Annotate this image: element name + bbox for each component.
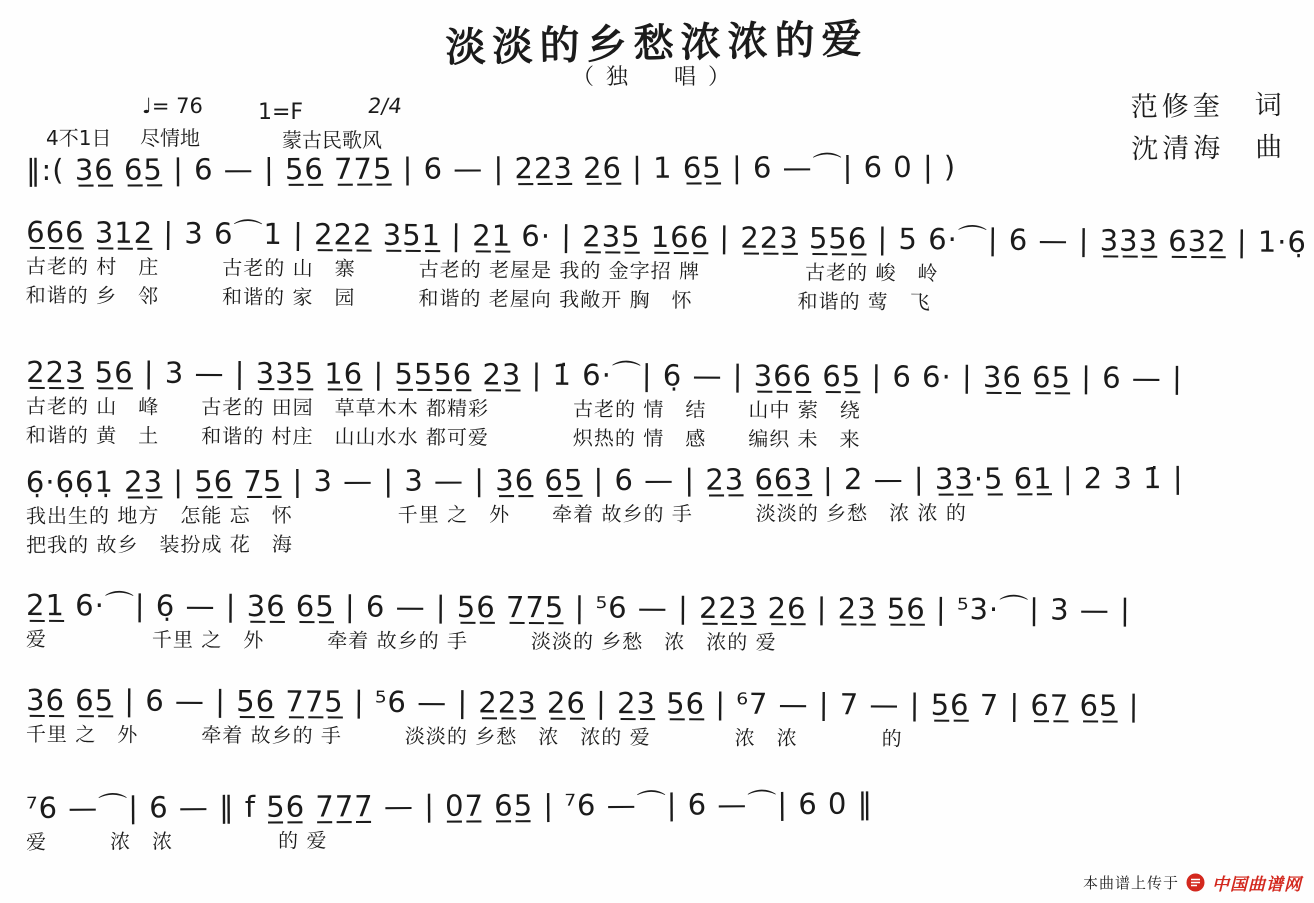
- score-meta: 4不1日 ♩= 76 尽情地 1=F 蒙古民歌风 2/4: [0, 0, 1314, 150]
- notation-line: 2̲2̲3̲ 5̲6̲ | 3 — | 3̲3̲5̲ 1̲6̲ | 5̲5̲5̲…: [26, 352, 1298, 399]
- music-system-1: ‖:( 3̲6̲ 6̲5̲ | 6 — | 5̲6̲ 7̲7̲5̲ | 6 — …: [26, 146, 1298, 190]
- key-signature: 1=F: [258, 100, 303, 125]
- notation-line: 2̲1̲ 6·⌒| 6̣ — | 3̲6̲ 6̲5̲ | 6 — | 5̲6̲ …: [26, 585, 1298, 631]
- notation-line: ‖:( 3̲6̲ 6̲5̲ | 6 — | 5̲6̲ 7̲7̲5̲ | 6 — …: [26, 146, 1298, 190]
- music-system-5: 2̲1̲ 6·⌒| 6̣ — | 3̲6̲ 6̲5̲ | 6 — | 5̲6̲ …: [26, 585, 1298, 660]
- tempo-marking: ♩= 76: [142, 94, 203, 118]
- lyrics-line: 和谐的 黄 土 和谐的 村庄 山山水水 都可爱 炽热的 情 感 编织 未 来: [26, 421, 1298, 457]
- upload-text: 本曲谱上传于: [1083, 872, 1179, 893]
- lyrics-line: 爱 千里 之 外 牵着 故乡的 手 淡淡的 乡愁 浓 浓的 爱: [26, 625, 1298, 660]
- watermark: 本曲谱上传于 中国曲谱网: [1083, 870, 1302, 895]
- music-system-2: 6̲6̲6̲ 3̲1̲2̲ | 3 6⌒1 | 2̲2̲2̲ 3̲5̲1̲ | …: [26, 212, 1299, 320]
- music-system-7: ⁷6 —⌒| 6 — ‖ f 5̲6̲ 7̲7̲7̲ — | 0̲7̲ 6̲5̲…: [26, 781, 1298, 857]
- time-signature: 2/4: [366, 94, 403, 118]
- lyrics-line: 爱 浓 浓 的 爱: [26, 821, 1298, 857]
- music-system-6: 3̲6̲ 6̲5̲ | 6 — | 5̲6̲ 7̲7̲5̲ | ⁵6 — | 2…: [26, 680, 1298, 756]
- expression-marking: 尽情地: [140, 122, 200, 151]
- notation-line: 3̲6̲ 6̲5̲ | 6 — | 5̲6̲ 7̲7̲5̲ | ⁵6 — | 2…: [26, 680, 1298, 727]
- systems: ‖:( 3̲6̲ 6̲5̲ | 6 — | 5̲6̲ 7̲7̲5̲ | 6 — …: [26, 150, 1298, 857]
- notation-line: ⁷6 —⌒| 6 — ‖ f 5̲6̲ 7̲7̲7̲ — | 0̲7̲ 6̲5̲…: [26, 781, 1298, 828]
- sheet-music-page: 淡淡的乡愁浓浓的爱 （独 唱） 范修奎 词 沈清海 曲 4不1日 ♩= 76 尽…: [0, 0, 1314, 903]
- site-name: 中国曲谱网: [1212, 870, 1302, 895]
- date-note: 4不1日: [46, 122, 111, 151]
- music-system-3: 2̲2̲3̲ 5̲6̲ | 3 — | 3̲3̲5̲ 1̲6̲ | 5̲5̲5̲…: [26, 352, 1298, 457]
- music-system-4: 6̣·6̣6̣1̣ 2̲3̲ | 5̲6̲ 7̲5̲ | 3 — | 3 — |…: [26, 458, 1298, 560]
- lyrics-line: 把我的 故乡 装扮成 花 海: [26, 527, 1298, 560]
- site-logo-icon: [1186, 873, 1205, 892]
- lyrics-line: 我出生的 地方 怎能 忘 怀 千里 之 外 牵着 故乡的 手 淡淡的 乡愁 浓 …: [26, 498, 1298, 531]
- notation-line: 6̣·6̣6̣1̣ 2̲3̲ | 5̲6̲ 7̲5̲ | 3 — | 3 — |…: [26, 458, 1298, 502]
